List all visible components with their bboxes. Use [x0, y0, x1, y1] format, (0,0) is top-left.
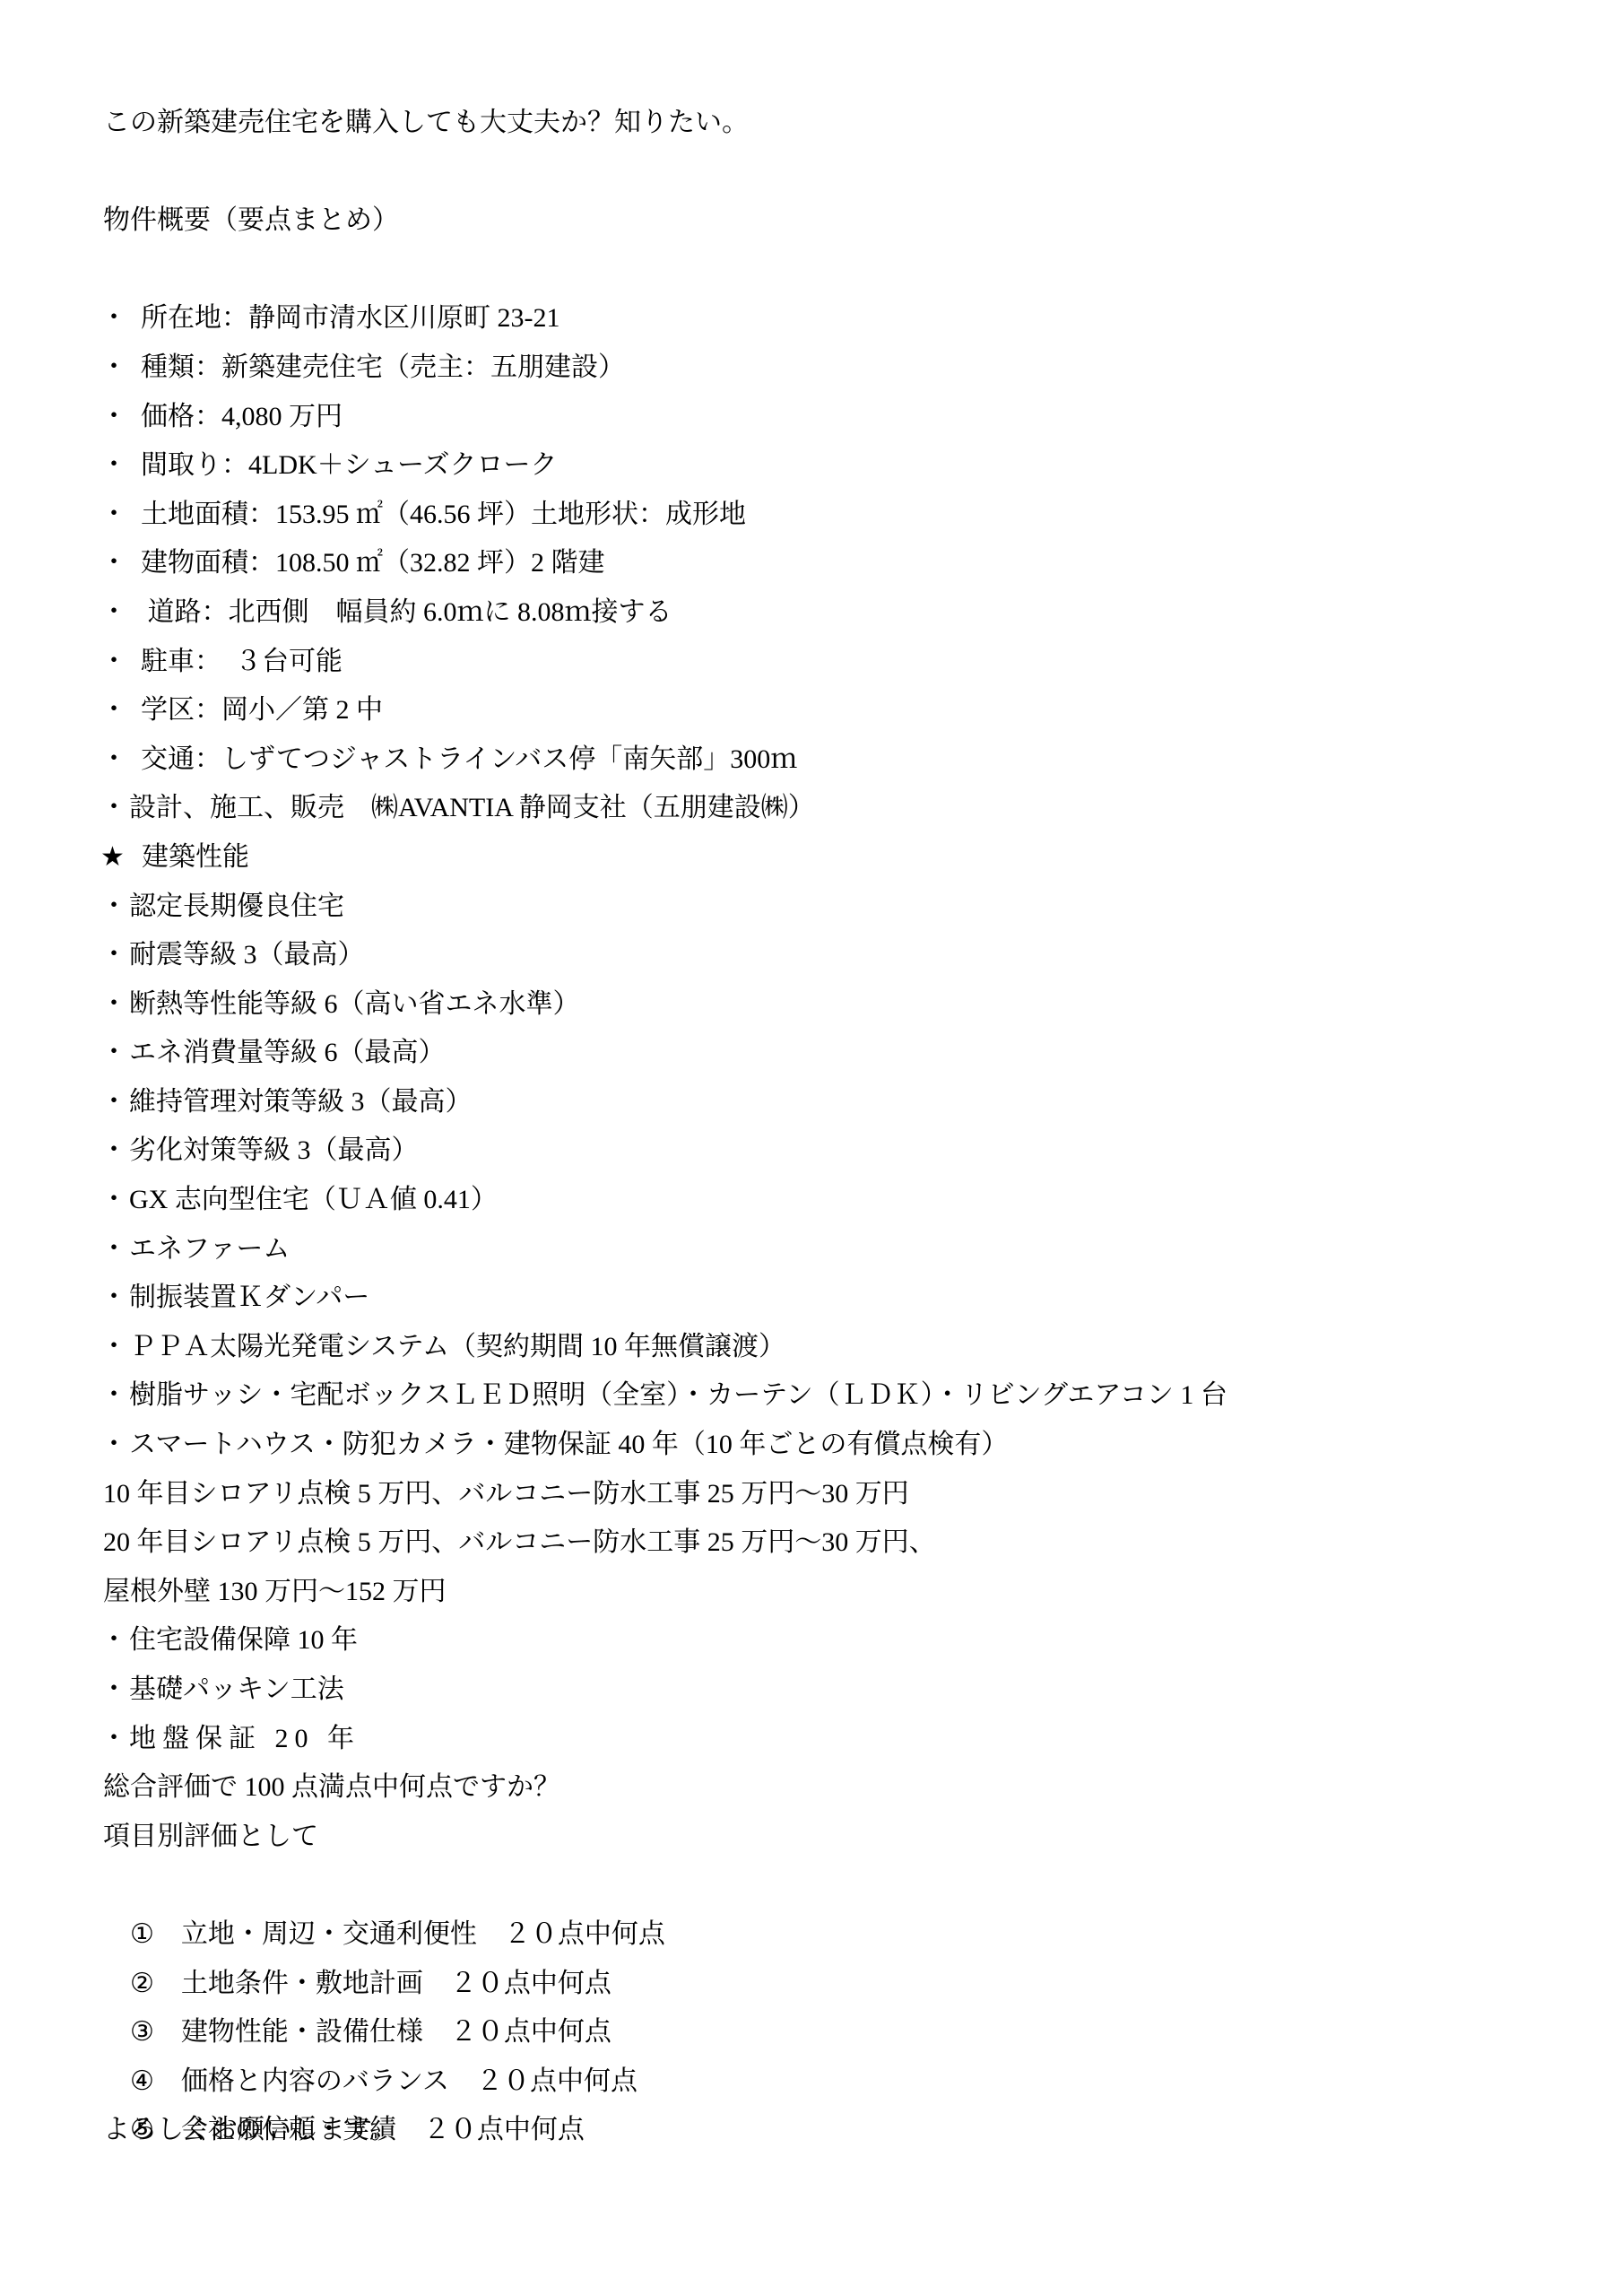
overview-item-text: 建物面積：108.50 ㎡（32.82 坪）2 階建 — [141, 539, 605, 588]
intro-line: この新築建売住宅を購入しても大丈夫か？知りたい。 — [0, 99, 1622, 148]
overview-item-text: 道路：北西側 幅員約 6.0ｍに 8.08ｍ接する — [141, 588, 672, 638]
performance-item: ・耐震等級 3（最高） — [0, 931, 1622, 980]
star-icon: ★ — [100, 833, 142, 883]
circled-number-icon: ② — [130, 1969, 154, 1998]
itemized-rating-intro: 項目別評価として — [0, 1813, 1622, 1862]
performance-item-text: 樹脂サッシ・宅配ボックスＬＥＤ照明（全室）・カーテン（ＬＤＫ）・リビングエアコン… — [129, 1371, 1227, 1421]
maintenance-line-20yr: 20 年目シロアリ点検 5 万円、バルコニー防水工事 25 万円～30 万円、 — [0, 1518, 1622, 1568]
closing-line: よろしくお願いします。 — [0, 2106, 1622, 2155]
rating-label: 立地・周辺・交通利便性 — [181, 1919, 477, 1949]
performance-item: ・樹脂サッシ・宅配ボックスＬＥＤ照明（全室）・カーテン（ＬＤＫ）・リビングエアコ… — [0, 1371, 1622, 1421]
bullet-icon: ・ — [100, 1029, 129, 1078]
bullet-icon: ・ — [100, 1715, 129, 1764]
performance-heading-label: 建築性能 — [142, 833, 249, 883]
rating-score: ２０点中何点 — [450, 2017, 612, 2047]
bullet-icon: ・ — [100, 1616, 129, 1665]
overview-item-transit: ・交通：しずてつジャストラインバス停「南矢部」300ｍ — [0, 735, 1622, 785]
bullet-icon: ・ — [100, 491, 141, 540]
rating-score: ２０点中何点 — [504, 1919, 665, 1949]
circled-number-icon: ① — [130, 1919, 154, 1949]
bullet-icon: ・ — [100, 883, 129, 932]
maintenance-line-10yr: 10 年目シロアリ点検 5 万円、バルコニー防水工事 25 万円～30 万円 — [0, 1470, 1622, 1519]
overview-item-road: ・ 道路：北西側 幅員約 6.0ｍに 8.08ｍ接する — [0, 588, 1622, 638]
performance-item-text: 制振装置Ｋダンパー — [129, 1274, 369, 1323]
overview-item-building-area: ・建物面積：108.50 ㎡（32.82 坪）2 階建 — [0, 539, 1622, 588]
performance-item: ・ＰＰＡ太陽光発電システム（契約期間 10 年無償譲渡） — [0, 1323, 1622, 1372]
bullet-icon: ・ — [100, 344, 141, 393]
overview-item-price: ・価格：4,080 万円 — [0, 393, 1622, 442]
bullet-icon: ・ — [100, 1421, 129, 1470]
warranty-item-text: 地盤保証 20 年 — [129, 1715, 360, 1764]
bullet-icon: ・ — [100, 1323, 129, 1372]
warranty-item-ground: ・地盤保証 20 年 — [0, 1715, 1622, 1764]
performance-item: ・エネ消費量等級 6（最高） — [0, 1029, 1622, 1078]
overview-item-layout: ・間取り：4LDK＋シューズクローク — [0, 441, 1622, 491]
circled-number-icon: ④ — [130, 2066, 154, 2096]
performance-item-text: 断熱等性能等級 6（高い省エネ水準） — [129, 980, 580, 1030]
warranty-item-equipment: ・住宅設備保障 10 年 — [0, 1616, 1622, 1665]
performance-item-text: 維持管理対策等級 3（最高） — [129, 1078, 473, 1127]
bullet-icon: ・ — [100, 980, 129, 1030]
bullet-icon: ・ — [100, 588, 141, 638]
overview-item-text: 土地面積：153.95 ㎡（46.56 坪）土地形状：成形地 — [141, 491, 746, 540]
overview-item-text: 学区：岡小／第 2 中 — [141, 686, 383, 735]
overview-item-text: 駐車： ３台可能 — [141, 638, 343, 687]
overview-item-school: ・学区：岡小／第 2 中 — [0, 686, 1622, 735]
rating-score: ２０点中何点 — [476, 2066, 638, 2096]
performance-item-text: エネ消費量等級 6（最高） — [129, 1029, 446, 1078]
design-build-sale-text: 設計、施工、販売 ㈱AVANTIA 静岡支社（五朋建設㈱） — [129, 784, 815, 833]
performance-item-text: 劣化対策等級 3（最高） — [129, 1126, 419, 1176]
bullet-icon: ・ — [100, 735, 141, 785]
rating-label: 価格と内容のバランス — [181, 2066, 449, 2096]
rating-label: 土地条件・敷地計画 — [181, 1969, 423, 1998]
rating-item-location: ①立地・周辺・交通利便性２０点中何点 — [0, 1861, 1622, 1910]
overview-item-text: 間取り：4LDK＋シューズクローク — [141, 441, 558, 491]
performance-item-text: ＰＰＡ太陽光発電システム（契約期間 10 年無償譲渡） — [129, 1323, 785, 1372]
section-title: 物件概要（要点まとめ） — [0, 196, 1622, 246]
bullet-icon: ・ — [100, 686, 141, 735]
bullet-icon: ・ — [100, 539, 141, 588]
blank-line — [0, 246, 1622, 295]
performance-item: ・スマートハウス・防犯カメラ・建物保証 40 年（10 年ごとの有償点検有） — [0, 1421, 1622, 1470]
bullet-icon: ・ — [100, 1078, 129, 1127]
document-page: この新築建売住宅を購入しても大丈夫か？知りたい。 物件概要（要点まとめ） ・所在… — [0, 0, 1622, 2296]
performance-item: ・維持管理対策等級 3（最高） — [0, 1078, 1622, 1127]
overview-item-text: 価格：4,080 万円 — [141, 393, 343, 442]
bullet-icon: ・ — [100, 294, 141, 344]
rating-score: ２０点中何点 — [450, 1969, 612, 1998]
bullet-icon: ・ — [100, 784, 129, 833]
overview-item-text: 種類：新築建売住宅（売主：五朋建設） — [141, 344, 625, 393]
warranty-item-text: 住宅設備保障 10 年 — [129, 1616, 358, 1665]
performance-item-text: スマートハウス・防犯カメラ・建物保証 40 年（10 年ごとの有償点検有） — [129, 1421, 1008, 1470]
performance-item-text: 耐震等級 3（最高） — [129, 931, 365, 980]
overview-item-text: 所在地：静岡市清水区川原町 23-21 — [141, 294, 560, 344]
overview-item-location: ・所在地：静岡市清水区川原町 23-21 — [0, 294, 1622, 344]
bullet-icon: ・ — [100, 441, 141, 491]
circled-number-icon: ③ — [130, 2017, 154, 2047]
overview-item-type: ・種類：新築建売住宅（売主：五朋建設） — [0, 344, 1622, 393]
performance-item: ・GX 志向型住宅（ＵＡ値 0.41） — [0, 1176, 1622, 1225]
overview-item-land-area: ・土地面積：153.95 ㎡（46.56 坪）土地形状：成形地 — [0, 491, 1622, 540]
performance-item-text: GX 志向型住宅（ＵＡ値 0.41） — [129, 1176, 498, 1225]
performance-item: ・断熱等性能等級 6（高い省エネ水準） — [0, 980, 1622, 1030]
warranty-item-foundation: ・基礎パッキン工法 — [0, 1665, 1622, 1715]
bullet-icon: ・ — [100, 1225, 129, 1274]
bullet-icon: ・ — [100, 1665, 129, 1715]
performance-item: ・劣化対策等級 3（最高） — [0, 1126, 1622, 1176]
blank-line — [0, 148, 1622, 197]
bullet-icon: ・ — [100, 1126, 129, 1176]
bullet-icon: ・ — [100, 638, 141, 687]
maintenance-line-roof: 屋根外壁 130 万円～152 万円 — [0, 1568, 1622, 1617]
performance-item-text: エネファーム — [129, 1225, 290, 1274]
performance-heading: ★建築性能 — [0, 833, 1622, 883]
bullet-icon: ・ — [100, 1176, 129, 1225]
performance-item: ・エネファーム — [0, 1225, 1622, 1274]
rating-label: 建物性能・設備仕様 — [181, 2017, 423, 2047]
overview-item-text: 交通：しずてつジャストラインバス停「南矢部」300ｍ — [141, 735, 797, 785]
overall-score-question: 総合評価で 100 点満点中何点ですか？ — [0, 1763, 1622, 1813]
rating-score: ２０点中何点 — [423, 2115, 585, 2144]
performance-item: ・制振装置Ｋダンパー — [0, 1274, 1622, 1323]
performance-item: ・認定長期優良住宅 — [0, 883, 1622, 932]
warranty-item-text: 基礎パッキン工法 — [129, 1665, 344, 1715]
bullet-icon: ・ — [100, 1371, 129, 1421]
bullet-icon: ・ — [100, 1274, 129, 1323]
performance-item-text: 認定長期優良住宅 — [129, 883, 344, 932]
bullet-icon: ・ — [100, 393, 141, 442]
design-build-sale-line: ・設計、施工、販売 ㈱AVANTIA 静岡支社（五朋建設㈱） — [0, 784, 1622, 833]
bullet-icon: ・ — [100, 931, 129, 980]
overview-item-parking: ・駐車： ３台可能 — [0, 638, 1622, 687]
